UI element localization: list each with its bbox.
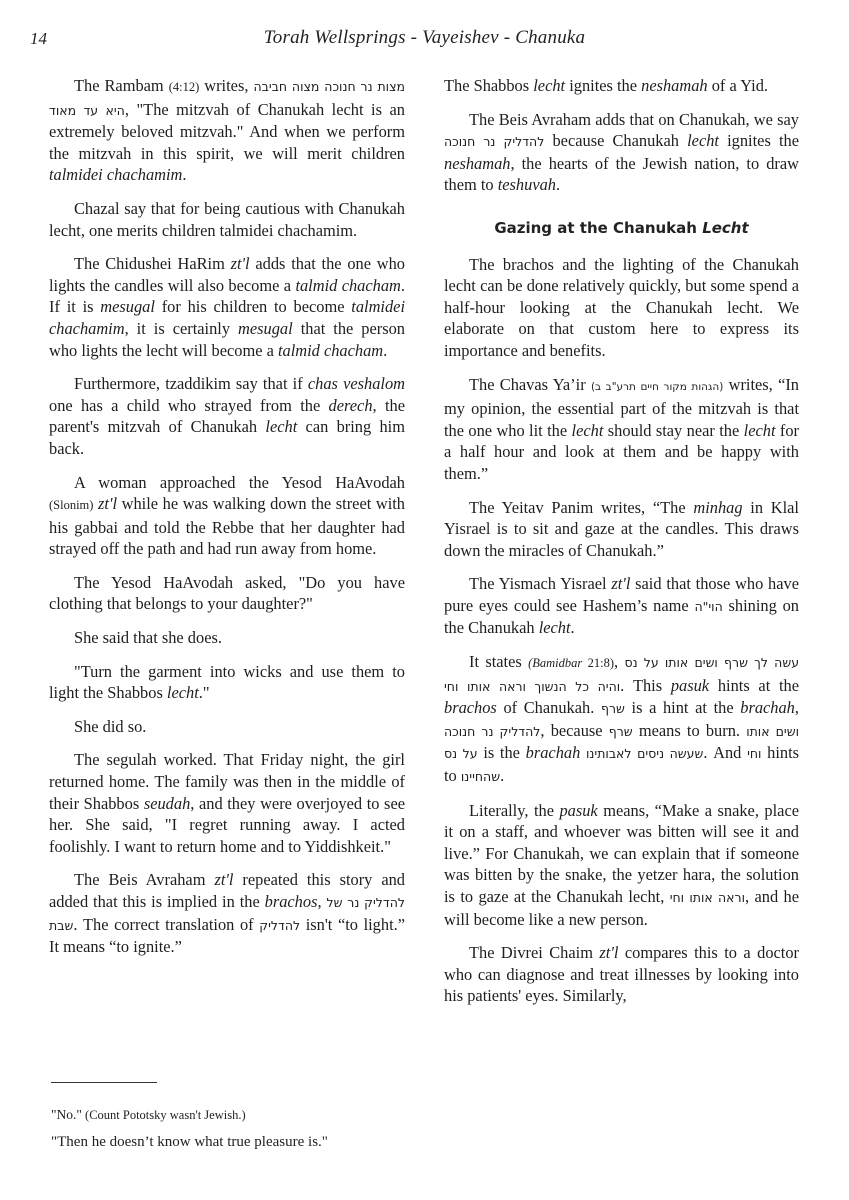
footnote-2: "Then he doesn’t know what true pleasure… xyxy=(51,1134,328,1151)
hebrew-text: שהחיינו xyxy=(461,769,500,784)
paragraph-woman-approached: A woman approached the Yesod HaAvodah (S… xyxy=(49,472,405,560)
hebrew-text: שרף xyxy=(609,724,633,739)
paragraph-brachos-lighting: The brachos and the lighting of the Chan… xyxy=(444,254,799,362)
paragraph-she-said: She said that she does. xyxy=(49,627,405,649)
hebrew-text: הוי"ה xyxy=(694,599,722,614)
paragraph-yismach-yisrael: The Yismach Yisrael zt'l said that those… xyxy=(444,573,799,639)
paragraph-divrei-chaim: The Divrei Chaim zt'l compares this to a… xyxy=(444,942,799,1007)
footnote-separator xyxy=(51,1082,157,1083)
hebrew-text: וראה אותו וחי xyxy=(670,890,745,905)
paragraph-turn-garment: "Turn the garment into wicks and use the… xyxy=(49,661,405,704)
paragraph-yeitav-panim: The Yeitav Panim writes, “The minhag in … xyxy=(444,497,799,562)
paragraph-chidushei-harim: The Chidushei HaRim zt'l adds that the o… xyxy=(49,253,405,361)
right-column: The Shabbos lecht ignites the neshamah o… xyxy=(444,75,799,1019)
running-head: Torah Wellsprings - Vayeishev - Chanuka xyxy=(0,27,849,49)
paragraph-rambam: The Rambam (4:12) writes, מצות נר חנוכה … xyxy=(49,75,405,186)
footnote-1: "No." (Count Pototsky wasn't Jewish.) xyxy=(51,1107,246,1123)
section-heading: Gazing at the Chanukah Lecht xyxy=(444,218,799,240)
paragraph-beis-avraham-adds: The Beis Avraham adds that on Chanukah, … xyxy=(444,109,799,196)
paragraph-beis-avraham-story: The Beis Avraham zt'l repeated this stor… xyxy=(49,869,405,957)
paragraph-literally: Literally, the pasuk means, “Make a snak… xyxy=(444,800,799,931)
paragraph-shabbos-lecht: The Shabbos lecht ignites the neshamah o… xyxy=(444,75,799,97)
paragraph-it-states: It states (Bamidbar 21:8), עשה לך שרף וש… xyxy=(444,651,799,788)
left-column: The Rambam (4:12) writes, מצות נר חנוכה … xyxy=(49,75,405,970)
hebrew-text: שעשה ניסים לאבותינו xyxy=(586,746,703,761)
paragraph-chavas-yair: The Chavas Ya’ir (הגהות מקור חיים תרע"ב … xyxy=(444,374,799,485)
paragraph-she-did-so: She did so. xyxy=(49,716,405,738)
paragraph-yesod-asked: The Yesod HaAvodah asked, "Do you have c… xyxy=(49,572,405,615)
hebrew-text: להדליק נר חנוכה xyxy=(444,724,540,739)
hebrew-text: שרף xyxy=(601,701,625,716)
hebrew-text: להדליק xyxy=(259,918,300,933)
paragraph-tzaddikim: Furthermore, tzaddikim say that if chas … xyxy=(49,373,405,459)
paragraph-chazal: Chazal say that for being cautious with … xyxy=(49,198,405,241)
hebrew-text: וחי xyxy=(747,746,761,761)
hebrew-text: להדליק נר חנוכה xyxy=(444,134,544,149)
paragraph-segulah-worked: The segulah worked. That Friday night, t… xyxy=(49,749,405,857)
hebrew-reference: (הגהות מקור חיים תרע"ב ב) xyxy=(591,381,723,393)
